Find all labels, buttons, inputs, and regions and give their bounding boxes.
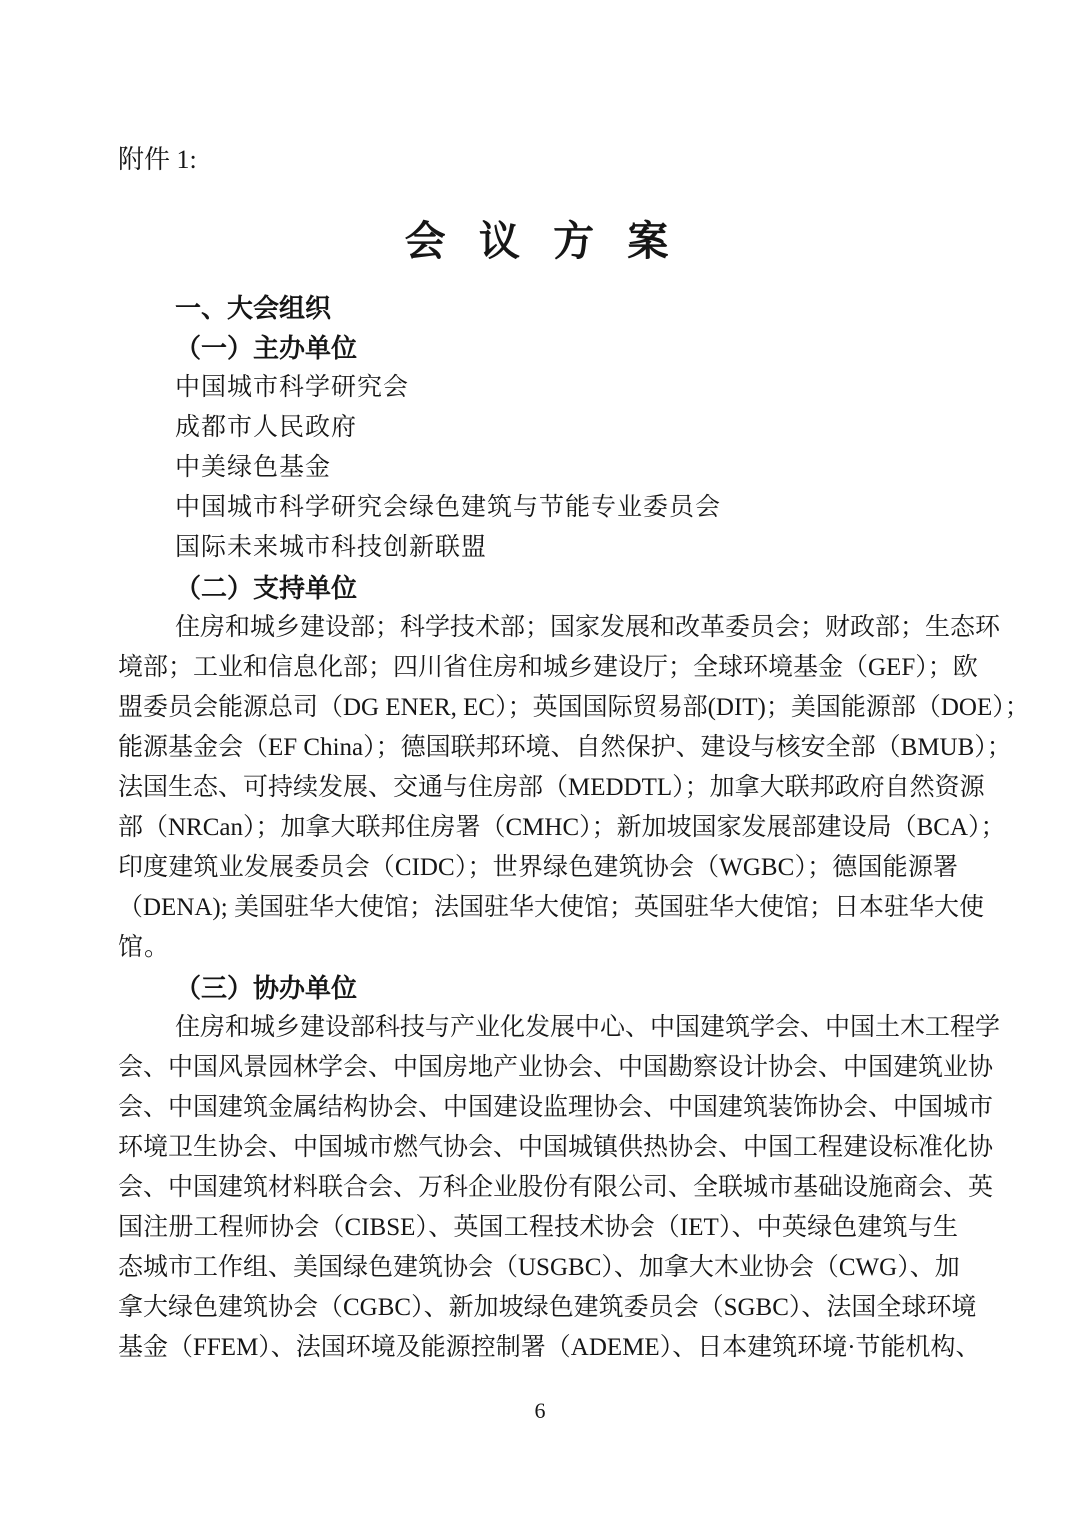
document-body: 附件 1: 会 议 方 案 一、大会组织 （一）主办单位 中国城市科学研究会 成… <box>118 0 958 1368</box>
document-title: 会 议 方 案 <box>118 214 958 268</box>
supporters-paragraph-line: 馆。 <box>118 928 958 968</box>
document-page: 附件 1: 会 议 方 案 一、大会组织 （一）主办单位 中国城市科学研究会 成… <box>0 0 1080 1527</box>
host-item: 中国城市科学研究会 <box>118 368 958 408</box>
supporters-paragraph-line: 住房和城乡建设部；科学技术部；国家发展和改革委员会；财政部；生态环 <box>118 608 958 648</box>
co-organizers-paragraph-line: 态城市工作组、美国绿色建筑协会（USGBC）、加拿大木业协会（CWG）、加 <box>118 1248 958 1288</box>
host-item: 中国城市科学研究会绿色建筑与节能专业委员会 <box>118 488 958 528</box>
attachment-label: 附件 1: <box>118 142 958 178</box>
co-organizers-paragraph-line: 拿大绿色建筑协会（CGBC）、新加坡绿色建筑委员会（SGBC）、法国全球环境 <box>118 1288 958 1328</box>
supporters-paragraph-line: 能源基金会（EF China）；德国联邦环境、自然保护、建设与核安全部（BMUB… <box>118 728 958 768</box>
supporters-paragraph-line: 法国生态、可持续发展、交通与住房部（MEDDTL）；加拿大联邦政府自然资源 <box>118 768 958 808</box>
supporters-paragraph-line: 境部；工业和信息化部；四川省住房和城乡建设厅；全球环境基金（GEF）；欧 <box>118 648 958 688</box>
host-item: 中美绿色基金 <box>118 448 958 488</box>
co-organizers-paragraph-line: 会、中国建筑材料联合会、万科企业股份有限公司、全联城市基础设施商会、英 <box>118 1168 958 1208</box>
co-organizers-paragraph-line: 住房和城乡建设部科技与产业化发展中心、中国建筑学会、中国土木工程学 <box>118 1008 958 1048</box>
host-item: 国际未来城市科技创新联盟 <box>118 528 958 568</box>
supporters-paragraph-line: 部（NRCan）；加拿大联邦住房署（CMHC）；新加坡国家发展部建设局（BCA）… <box>118 808 958 848</box>
co-organizers-paragraph-line: 国注册工程师协会（CIBSE）、英国工程技术协会（IET）、中英绿色建筑与生 <box>118 1208 958 1248</box>
co-organizers-paragraph-line: 会、中国建筑金属结构协会、中国建设监理协会、中国建筑装饰协会、中国城市 <box>118 1088 958 1128</box>
subsection-heading-supporters: （二）支持单位 <box>118 568 958 608</box>
co-organizers-paragraph-line: 基金（FFEM）、法国环境及能源控制署（ADEME）、日本建筑环境·节能机构、 <box>118 1328 958 1368</box>
section-heading-conference-organization: 一、大会组织 <box>118 288 958 328</box>
supporters-paragraph-line: 印度建筑业发展委员会（CIDC）；世界绿色建筑协会（WGBC）；德国能源署 <box>118 848 958 888</box>
supporters-paragraph-line: 盟委员会能源总司（DG ENER, EC）；英国国际贸易部(DIT)；美国能源部… <box>118 688 958 728</box>
host-item: 成都市人民政府 <box>118 408 958 448</box>
page-number: 6 <box>0 1396 1080 1426</box>
subsection-heading-co-organizers: （三）协办单位 <box>118 968 958 1008</box>
co-organizers-paragraph-line: 会、中国风景园林学会、中国房地产业协会、中国勘察设计协会、中国建筑业协 <box>118 1048 958 1088</box>
supporters-paragraph-line: （DENA); 美国驻华大使馆；法国驻华大使馆；英国驻华大使馆；日本驻华大使 <box>118 888 958 928</box>
co-organizers-paragraph-line: 环境卫生协会、中国城市燃气协会、中国城镇供热协会、中国工程建设标准化协 <box>118 1128 958 1168</box>
subsection-heading-hosts: （一）主办单位 <box>118 328 958 368</box>
